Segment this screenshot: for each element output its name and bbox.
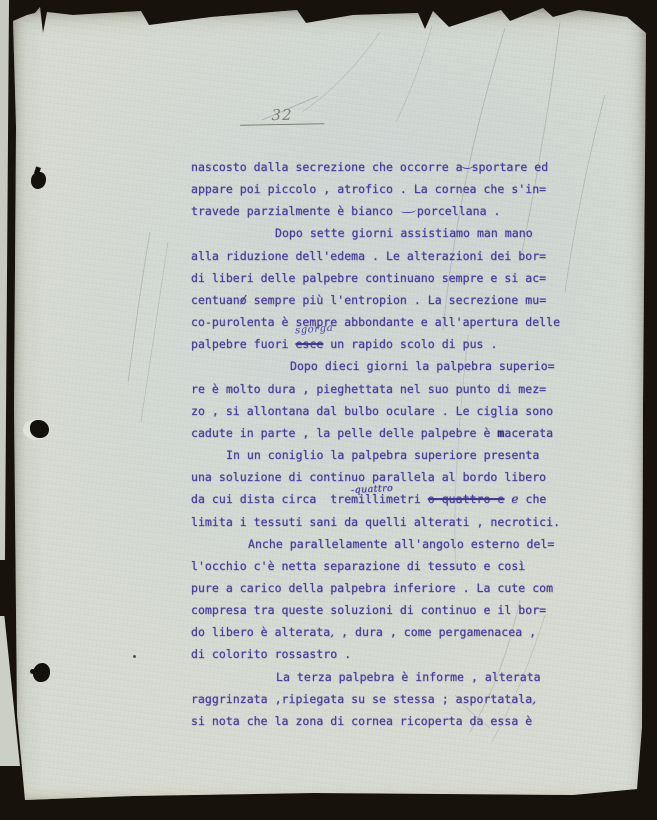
text-line: cadute in parte , la pelle delle palpebr… [191, 422, 583, 444]
ink-speck [133, 655, 136, 658]
text-line: centuano sempre più l'entropion . La sec… [191, 289, 583, 311]
text-line: do libero è alterata, , dura , come perg… [191, 621, 583, 643]
typed-text: un rapido scolo di pus . [323, 337, 497, 351]
text-line: alla riduzione dell'edema . Le alterazio… [191, 245, 583, 267]
typed-text: di liberi delle palpebre continuano semp… [191, 271, 546, 285]
text-line: l'occhio c'è netta separazione di tessut… [191, 555, 583, 577]
text-line: da cui dista circa tre-quattromillimetri… [191, 488, 583, 510]
typed-text: co-purolenta è sempre abbondante e all'a… [191, 315, 560, 329]
typed-text: sempre più l'entropion . La secrezione m… [247, 293, 546, 307]
typed-text: appare poi piccolo , atrofico . La corne… [191, 182, 546, 196]
text-line: re è molto dura , pieghettata nel suo pu… [191, 378, 583, 400]
text-line: limita i tessuti sani da quelli alterati… [191, 511, 583, 533]
text-line: La terza palpebra è informe , alterata [191, 666, 583, 688]
typed-text: centuan [191, 293, 240, 307]
handwritten-mark [401, 204, 416, 214]
typed-text: pure a carico della palpebra inferiore .… [191, 581, 553, 595]
text-line: co-purolenta è sempre abbondante e all'a… [191, 311, 583, 333]
text-line: pure a carico della palpebra inferiore .… [191, 577, 583, 599]
typed-text: zo , si allontana dal bulbo oculare . Le… [191, 404, 553, 418]
typed-text: di colorito rossastro . [191, 647, 351, 661]
typed-text: La terza palpebra è informe , alterata [276, 670, 541, 684]
text-line: travede parzialmente è bianco porcellana… [191, 200, 583, 222]
paper-sheet: 32 nascosto dalla secrezione che occorre… [13, 7, 646, 802]
typed-text: da cui dista circa tre [191, 492, 351, 506]
typed-text: compresa tra queste soluzioni di continu… [191, 603, 546, 617]
typed-text: porcellana . [417, 204, 501, 218]
handwritten-mark: e [511, 492, 518, 506]
typed-text: sportare ed [472, 160, 549, 174]
struck-text: o quattro e [428, 492, 505, 506]
struck-text: escesgorga [295, 337, 323, 351]
typed-text: cadute in parte , la pelle delle palpebr… [191, 426, 497, 440]
text-line: di liberi delle palpebre continuano semp… [191, 267, 583, 289]
typed-lines: nascosto dalla secrezione che occorre as… [191, 156, 583, 732]
handwritten-mark: -quattro [351, 485, 352, 496]
text-line: zo , si allontana dal bulbo oculare . Le… [191, 400, 583, 422]
text-line: appare poi piccolo , atrofico . La corne… [191, 178, 583, 200]
text-line: In un coniglio la palpebra superiore pre… [191, 444, 583, 466]
typed-text: re è molto dura , pieghettata nel suo pu… [191, 382, 546, 396]
text-line: raggrinzata ,ripiegata su se stessa ; as… [191, 688, 583, 710]
typed-text: In un coniglio la palpebra superiore pre… [226, 448, 539, 462]
text-line: compresa tra queste soluzioni di continu… [191, 599, 583, 621]
handwritten-mark: , [532, 692, 536, 706]
text-line: nascosto dalla secrezione che occorre as… [191, 156, 583, 178]
typed-text: che [519, 492, 547, 506]
ink-blot [30, 420, 49, 438]
typed-text: Dopo dieci giorni la palpebra superio= [290, 359, 555, 373]
typed-text: alla riduzione dell'edema . Le alterazio… [191, 249, 546, 263]
typed-text: nascosto dalla secrezione che occorre a [191, 160, 463, 174]
typed-text: una soluzione di continuo parallela al b… [191, 470, 546, 484]
text-line: di colorito rossastro . [191, 643, 583, 665]
typed-text: , dura , come pergamenacea , [334, 625, 536, 639]
text-line: Dopo sette giorni assistiamo man mano [191, 222, 583, 244]
typed-text: acerata [504, 426, 553, 440]
text-line: Dopo dieci giorni la palpebra superio= [191, 355, 583, 377]
typed-text: travede parzialmente è bianco [191, 204, 400, 218]
handwritten-annotation: sgorga [295, 323, 334, 337]
typed-text: Anche parallelamente all'angolo esterno … [248, 537, 554, 551]
typed-text: o [240, 293, 247, 307]
typed-text: si nota che la zona di cornea ricoperta … [191, 714, 532, 728]
adjacent-page-edge-top [0, 0, 9, 560]
typed-text: l'occhio c'è netta separazione di tessut… [191, 559, 525, 573]
typed-text: do libero è alterata [191, 625, 330, 639]
page-number: 32 [240, 105, 324, 125]
typed-text: raggrinzata ,ripiegata su se stessa ; as… [191, 692, 532, 706]
typed-text: palpebre fuori [191, 337, 295, 351]
ink-blot [33, 663, 50, 682]
typed-text: limita i tessuti sani da quelli alterati… [191, 515, 560, 529]
typed-text: Dopo sette giorni assistiamo man mano [275, 226, 533, 240]
scanned-page: { "meta": { "kind": "scanned typewritten… [0, 0, 657, 820]
text-line: Anche parallelamente all'angolo esterno … [191, 533, 583, 555]
text-line: si nota che la zona di cornea ricoperta … [191, 710, 583, 732]
text-line: palpebre fuori escesgorga un rapido scol… [191, 333, 583, 355]
